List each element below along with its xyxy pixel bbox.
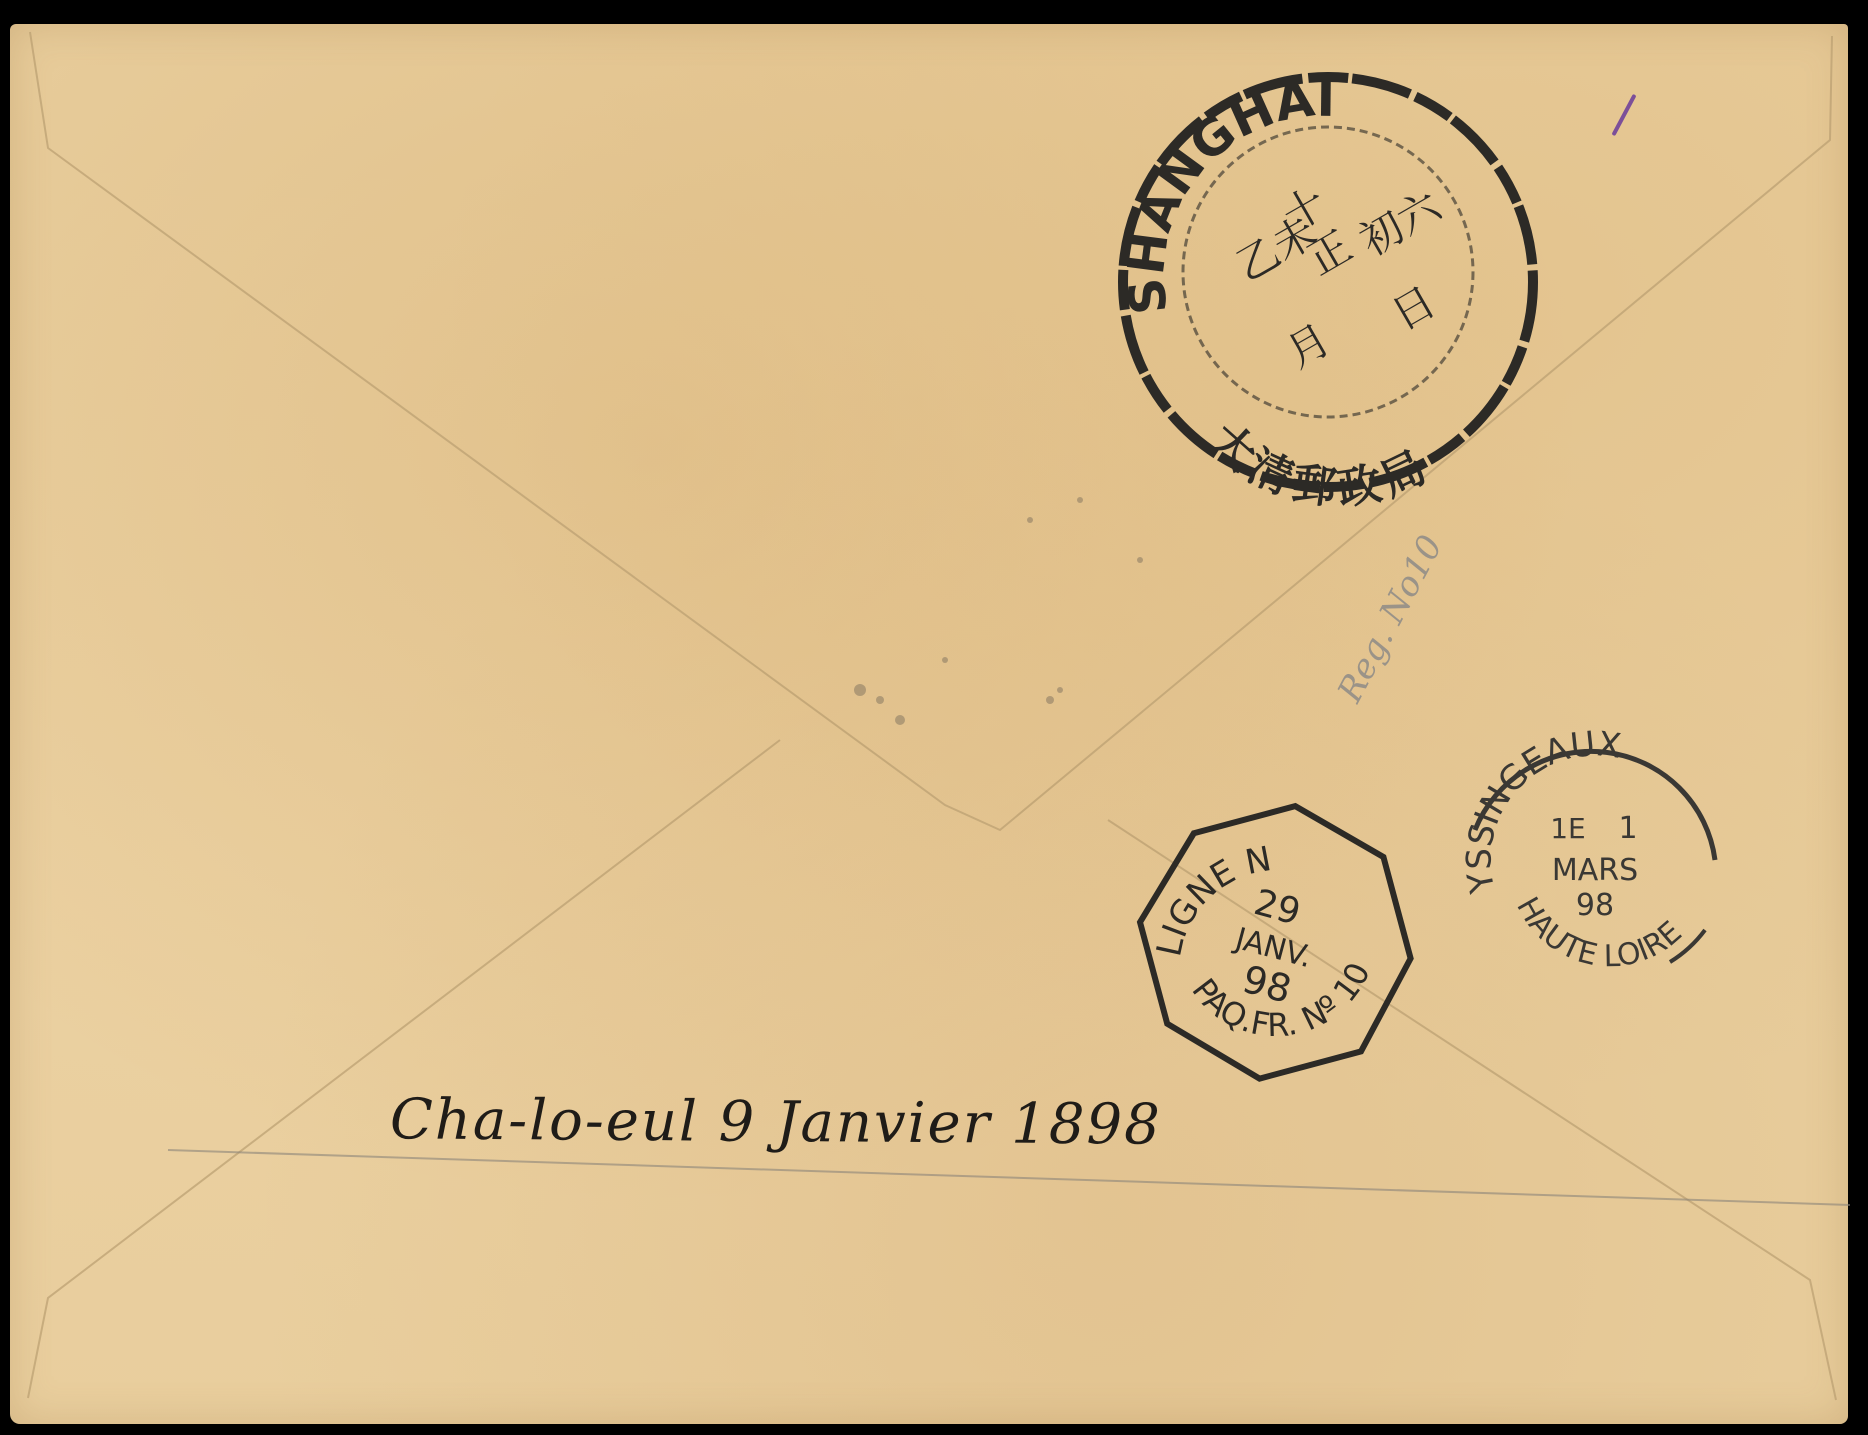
svg-text:MARS: MARS xyxy=(1552,853,1638,888)
svg-text:日: 日 xyxy=(1383,276,1444,339)
postmark-ligne-n: LIGNE N PAQ.FR. Nº 10 29 JANV. 98 xyxy=(1140,808,1410,1078)
svg-text:98: 98 xyxy=(1576,888,1614,923)
svg-text:月: 月 xyxy=(1278,314,1339,377)
postmark-yssingeaux: YSSINGEAUX HAUTE LOIRE 1E 1 MARS 98 xyxy=(1450,700,1740,990)
postmark-shanghai: SHANGHAI 大清郵政局 乙未 月 正 十 日 初六 xyxy=(1108,62,1548,502)
svg-text:1E: 1E xyxy=(1550,812,1586,845)
svg-text:大清郵政局: 大清郵政局 xyxy=(1199,413,1439,515)
svg-text:初六: 初六 xyxy=(1352,181,1450,266)
handwritten-inscription: Cha-lo-eul 9 Janvier 1898 xyxy=(390,1087,1162,1157)
svg-text:1: 1 xyxy=(1618,811,1637,846)
